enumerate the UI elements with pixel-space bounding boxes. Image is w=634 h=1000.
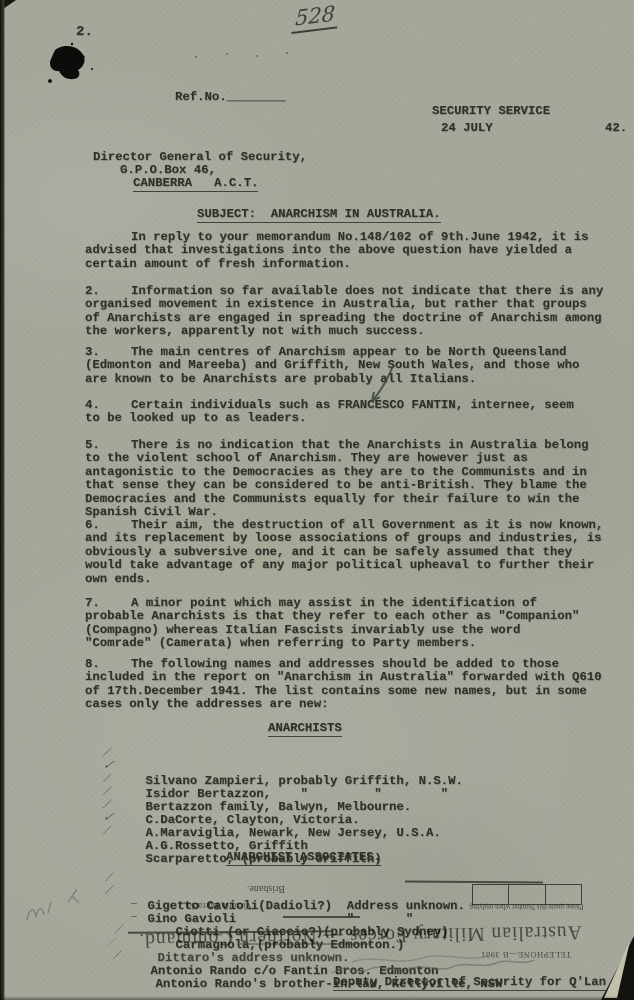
paragraph-6-number: 6.	[85, 519, 100, 532]
stamp-number-box-cell	[545, 885, 581, 904]
paragraph-6-text: Their aim, the destruction of all Govern…	[85, 519, 605, 586]
anarchists-heading: ANARCHISTS	[268, 722, 342, 737]
paper-specks	[195, 52, 288, 58]
stamp-number-box-cell	[473, 885, 508, 904]
paragraph-1: In reply to your memorandum No.148/102 o…	[85, 231, 593, 271]
paragraph-4: 4. Certain individuals such as FRANCESCO…	[85, 399, 593, 426]
strikethrough-mark	[240, 943, 370, 945]
margin-pencil-note	[27, 889, 79, 920]
addressee-line-3: CANBERRA A.C.T.	[133, 177, 258, 192]
stamp-location: Brisbane.	[236, 883, 296, 894]
paragraph-8-text: The following names and addresses should…	[85, 658, 605, 712]
folio-number-handwritten: 528	[291, 1, 338, 34]
paragraph-6: 6. Their aim, the destruction of all Gov…	[85, 519, 605, 586]
ref-no-line: Ref.No.________	[175, 91, 286, 104]
stamp-address: Victoria Barracks,	[170, 900, 265, 910]
org-name: SECURITY SERVICE	[432, 105, 550, 118]
paragraph-7-number: 7.	[85, 597, 100, 610]
paragraph-2: 2. Information so far available does not…	[85, 285, 605, 339]
page-number: 2.	[76, 26, 93, 39]
paragraph-7: 7. A minor point which may assist in the…	[85, 597, 590, 651]
paragraph-3: 3. The main centres of Anarchism appear …	[85, 346, 605, 386]
stamp-quote-note: Please quote this Number when replying.	[466, 903, 586, 911]
checkmark-icon: ∕	[101, 824, 112, 837]
stamp-telephone: TELEPHONE—B 3981	[478, 950, 574, 960]
stamp-number-box	[472, 884, 582, 905]
signoff-line: Deputy Director of Security for Q'Lan	[333, 976, 606, 991]
scan-edge-bottom	[0, 996, 634, 1000]
paragraph-5: 5. There is no indication that the Anarc…	[85, 439, 605, 519]
paragraph-2-number: 2.	[85, 285, 100, 298]
date-stamp: 24 JULY	[441, 122, 493, 135]
paragraph-5-text: There is no indication that the Anarchis…	[85, 439, 605, 519]
scan-edge-left	[0, 0, 5, 1000]
paragraph-1-text: In reply to your memorandum No.148/102 o…	[85, 231, 593, 271]
paragraph-8-number: 8.	[85, 658, 100, 671]
stamp-number-box-cell	[508, 885, 544, 904]
subject-line: SUBJECT: ANARCHISM IN AUSTRALIA.	[197, 208, 441, 223]
paragraph-2-text: Information so far available does not in…	[85, 285, 605, 339]
ink-blot	[48, 43, 93, 83]
checkmark-icon: ∕	[103, 884, 114, 897]
document-page: 2. 528 Ref.No.________ SECURITY SERVICE …	[0, 0, 634, 1000]
paragraph-4-text: Certain individuals such as FRANCESCO FA…	[85, 399, 593, 426]
paragraph-3-number: 3.	[85, 346, 100, 359]
paragraph-5-number: 5.	[85, 439, 100, 452]
paragraph-8: 8. The following names and addresses sho…	[85, 658, 605, 712]
paragraph-7-text: A minor point which may assist in the id…	[85, 597, 590, 651]
paragraph-4-number: 4.	[85, 399, 100, 412]
year-note: 42.	[605, 122, 627, 135]
associates-heading: ANARCHIST ASSOCIATES.	[226, 851, 381, 866]
strikethrough-mark	[283, 916, 360, 918]
dash-mark: –	[130, 910, 138, 923]
paragraph-3-text: The main centres of Anarchism appear to …	[85, 346, 605, 386]
